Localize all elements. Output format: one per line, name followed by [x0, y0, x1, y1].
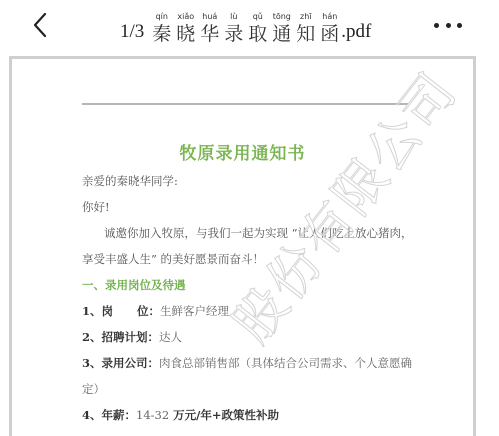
ruby-char: lù录: [222, 12, 245, 46]
item-position: 1、岗 位：生鲜客户经理: [82, 303, 229, 319]
item-value: 达人: [159, 330, 182, 344]
item-value: 肉食总部销售部（具体结合公司需求、个人意愿确: [159, 356, 412, 370]
more-horizontal-icon: [457, 23, 462, 28]
ruby-char: huá华: [198, 12, 221, 46]
ruby-char: hán函: [318, 12, 341, 46]
ruby-char: xiǎo晓: [174, 12, 197, 46]
item-label: 3、录用公司：: [82, 356, 159, 370]
hello: 你好!: [82, 199, 110, 215]
letter-title: 牧原录用通知书: [12, 139, 473, 164]
item-label: 2、招聘计划：: [82, 330, 159, 344]
pdf-page: 牧原录用通知书 亲爱的秦晓华同学: 你好! 诚邀你加入牧原，与我们一起为实现 “…: [9, 56, 476, 409]
back-button[interactable]: [28, 10, 52, 40]
item-label: 1、岗 位：: [82, 304, 160, 318]
page-counter: 1/3: [120, 18, 144, 46]
intro-line-1: 诚邀你加入牧原，与我们一起为实现 “让人们吃上放心猪肉，: [104, 225, 413, 241]
file-extension: .pdf: [341, 18, 371, 46]
ruby-char: zhī知: [294, 12, 317, 46]
top-bar: 1/3 qín秦 xiǎo晓 huá华 lù录 qǔ取 tōng通 zhī知 h…: [0, 0, 499, 52]
more-horizontal-icon: [434, 23, 439, 28]
ruby-char: qǔ取: [246, 12, 269, 46]
watermark: 股份有限公司: [212, 56, 471, 355]
pdf-viewer[interactable]: 牧原录用通知书 亲爱的秦晓华同学: 你好! 诚邀你加入牧原，与我们一起为实现 “…: [0, 52, 499, 409]
more-horizontal-icon: [446, 23, 451, 28]
item-company: 3、录用公司：肉食总部销售部（具体结合公司需求、个人意愿确: [82, 355, 412, 371]
document-title: 1/3 qín秦 xiǎo晓 huá华 lù录 qǔ取 tōng通 zhī知 h…: [120, 6, 371, 46]
item-plan: 2、招聘计划：达人: [82, 329, 182, 345]
file-name-with-pinyin: qín秦 xiǎo晓 huá华 lù录 qǔ取 tōng通 zhī知 hán函 …: [150, 12, 371, 46]
greeting: 亲爱的秦晓华同学:: [82, 173, 178, 189]
ruby-char: tōng通: [270, 12, 293, 46]
item-company-cont: 定）: [82, 381, 105, 397]
section-heading: 一、录用岗位及待遇: [82, 277, 186, 293]
header-divider: [82, 103, 408, 105]
intro-line-2: 享受丰盛人生” 的美好愿景而奋斗！: [82, 251, 264, 267]
item-value: 生鲜客户经理: [160, 304, 229, 318]
chevron-left-icon: [28, 10, 52, 40]
ruby-char: qín秦: [150, 12, 173, 46]
more-options-button[interactable]: [434, 17, 462, 33]
item-value: 定）: [82, 382, 105, 396]
